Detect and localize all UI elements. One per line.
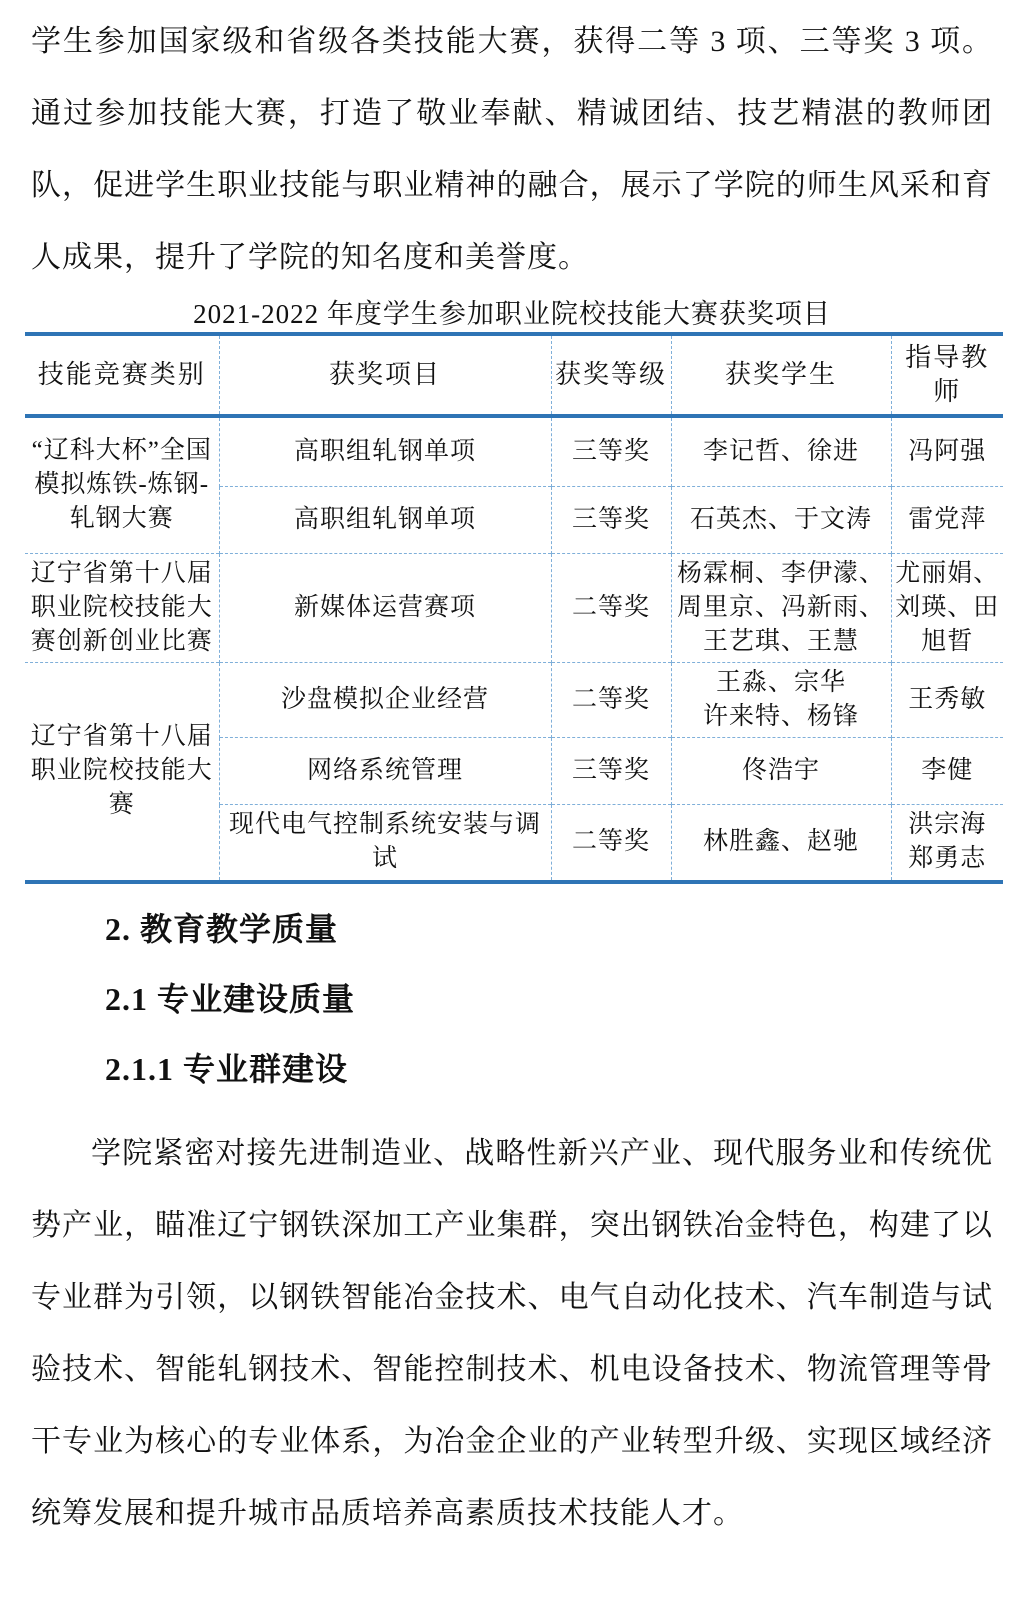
students-cell: 佟浩宇 — [671, 737, 891, 804]
project-cell: 网络系统管理 — [219, 737, 551, 804]
award-cell: 二等奖 — [551, 553, 671, 662]
body-paragraph: 学院紧密对接先进制造业、战略性新兴产业、现代服务业和传统优势产业，瞄准辽宁钢铁深… — [31, 1118, 993, 1550]
category-cell: “辽科大杯”全国模拟炼铁-炼钢-轧钢大赛 — [25, 416, 219, 553]
table-title: 2021-2022 年度学生参加职业院校技能大赛获奖项目 — [31, 296, 993, 332]
teachers-cell: 尤丽娟、刘瑛、田旭晢 — [891, 553, 1003, 662]
column-header-category: 技能竞赛类别 — [25, 334, 219, 416]
category-cell: 辽宁省第十八届职业院校技能大赛 — [25, 662, 219, 882]
column-header-project: 获奖项目 — [219, 334, 551, 416]
award-cell: 三等奖 — [551, 416, 671, 486]
project-cell: 高职组轧钢单项 — [219, 416, 551, 486]
project-cell: 新媒体运营赛项 — [219, 553, 551, 662]
teachers-cell: 王秀敏 — [891, 662, 1003, 737]
heading-major-group-construction: 2.1.1 专业群建设 — [31, 1034, 993, 1104]
teachers-cell: 雷党萍 — [891, 486, 1003, 553]
students-cell: 李记哲、徐进 — [671, 416, 891, 486]
award-cell: 二等奖 — [551, 662, 671, 737]
column-header-teachers: 指导教师 — [891, 334, 1003, 416]
students-cell: 林胜鑫、赵驰 — [671, 804, 891, 882]
table-header-row: 技能竞赛类别 获奖项目 获奖等级 获奖学生 指导教师 — [25, 334, 1003, 416]
table-row: “辽科大杯”全国模拟炼铁-炼钢-轧钢大赛 高职组轧钢单项 三等奖 李记哲、徐进 … — [25, 416, 1003, 486]
award-cell: 三等奖 — [551, 486, 671, 553]
intro-paragraph: 学生参加国家级和省级各类技能大赛，获得二等 3 项、三等奖 3 项。通过参加技能… — [31, 6, 993, 294]
award-cell: 二等奖 — [551, 804, 671, 882]
teachers-cell: 李健 — [891, 737, 1003, 804]
column-header-award: 获奖等级 — [551, 334, 671, 416]
column-header-students: 获奖学生 — [671, 334, 891, 416]
project-cell: 高职组轧钢单项 — [219, 486, 551, 553]
awards-table: 技能竞赛类别 获奖项目 获奖等级 获奖学生 指导教师 “辽科大杯”全国模拟炼铁-… — [25, 332, 1003, 884]
table-row: 辽宁省第十八届职业院校技能大赛 沙盘模拟企业经营 二等奖 王淼、宗华 许来特、杨… — [25, 662, 1003, 737]
award-cell: 三等奖 — [551, 737, 671, 804]
heading-major-construction-quality: 2.1 专业建设质量 — [31, 964, 993, 1034]
students-cell: 石英杰、于文涛 — [671, 486, 891, 553]
document-page: 学生参加国家级和省级各类技能大赛，获得二等 3 项、三等奖 3 项。通过参加技能… — [0, 0, 1024, 1599]
teachers-cell: 冯阿强 — [891, 416, 1003, 486]
teachers-cell: 洪宗海 郑勇志 — [891, 804, 1003, 882]
heading-education-quality: 2. 教育教学质量 — [31, 894, 993, 964]
students-cell: 王淼、宗华 许来特、杨锋 — [671, 662, 891, 737]
students-cell: 杨霖桐、李伊濛、周里京、冯新雨、王艺琪、王慧 — [671, 553, 891, 662]
section-headings: 2. 教育教学质量 2.1 专业建设质量 2.1.1 专业群建设 — [31, 894, 993, 1104]
project-cell: 沙盘模拟企业经营 — [219, 662, 551, 737]
table-row: 辽宁省第十八届职业院校技能大赛创新创业比赛 新媒体运营赛项 二等奖 杨霖桐、李伊… — [25, 553, 1003, 662]
category-cell: 辽宁省第十八届职业院校技能大赛创新创业比赛 — [25, 553, 219, 662]
project-cell: 现代电气控制系统安装与调试 — [219, 804, 551, 882]
